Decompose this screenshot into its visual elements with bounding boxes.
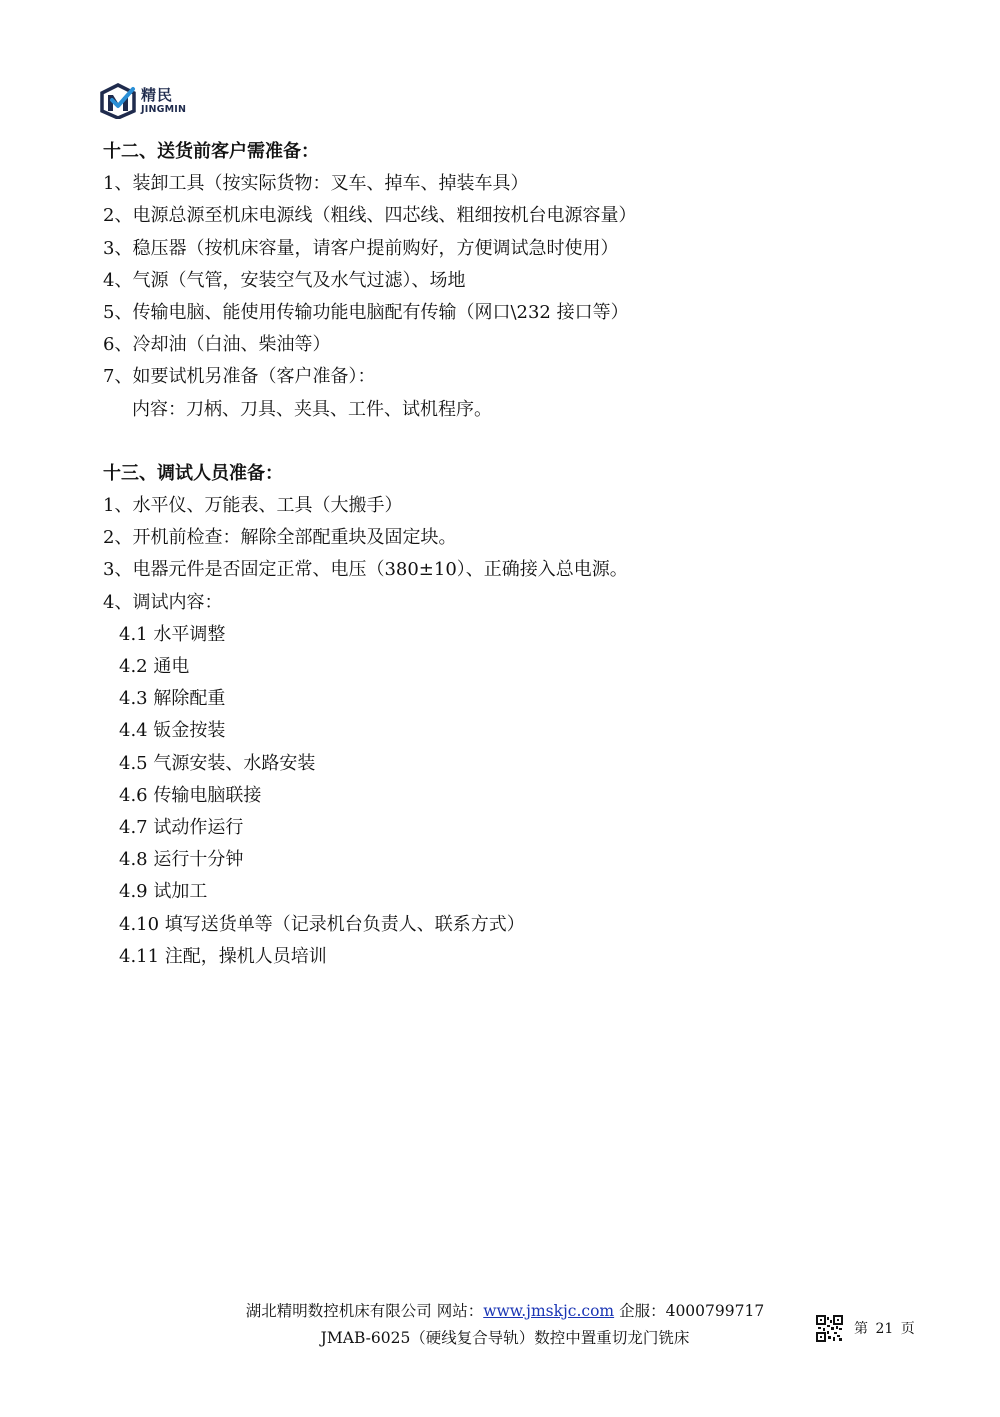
sub-list-item: 4.2 通电 xyxy=(103,651,903,683)
list-item: 5、传输电脑、能使用传输功能电脑配有传输（网口\232 接口等） xyxy=(103,297,903,329)
product-name: JMAB-6025（硬线复合导轨）数控中置重切龙门铣床 xyxy=(0,1325,1000,1352)
list-item: 4、气源（气管，安装空气及水气过滤）、场地 xyxy=(103,265,903,297)
list-item: 3、电器元件是否固定正常、电压（380±10）、正确接入总电源。 xyxy=(103,554,903,586)
sub-list-item: 4.7 试动作运行 xyxy=(103,812,903,844)
list-item: 6、冷却油（白油、柴油等） xyxy=(103,329,903,361)
website-label: 网站： xyxy=(437,1302,484,1320)
list-item: 1、水平仪、万能表、工具（大搬手） xyxy=(103,490,903,522)
logo-english-name: JINGMIN xyxy=(141,105,186,115)
company-logo: 精民 JINGMIN xyxy=(98,82,208,120)
trial-content-note: 内容：刀柄、刀具、夹具、工件、试机程序。 xyxy=(103,394,903,426)
qr-code-icon xyxy=(816,1315,843,1342)
list-item: 2、电源总源至机床电源线（粗线、四芯线、粗细按机台电源容量） xyxy=(103,200,903,232)
page-number: 第 21 页 xyxy=(854,1318,915,1338)
section-13-title: 十三、调试人员准备： xyxy=(103,458,903,490)
sub-list-item: 4.4 钣金按装 xyxy=(103,715,903,747)
sub-list-item: 4.10 填写送货单等（记录机台负责人、联系方式） xyxy=(103,909,903,941)
sub-list-item: 4.9 试加工 xyxy=(103,876,903,908)
list-item: 7、如要试机另准备（客户准备）： xyxy=(103,361,903,393)
list-item: 1、装卸工具（按实际货物：叉车、掉车、掉装车具） xyxy=(103,168,903,200)
sub-list-item: 4.11 注配，操机人员培训 xyxy=(103,941,903,973)
sub-list-item: 4.1 水平调整 xyxy=(103,619,903,651)
company-name: 湖北精明数控机床有限公司 xyxy=(246,1302,432,1320)
website-link[interactable]: www.jmskjc.com xyxy=(483,1302,614,1320)
sub-list-item: 4.8 运行十分钟 xyxy=(103,844,903,876)
list-item: 4、调试内容： xyxy=(103,587,903,619)
section-12-title: 十二、送货前客户需准备： xyxy=(103,136,903,168)
list-item: 3、稳压器（按机床容量，请客户提前购好，方便调试急时使用） xyxy=(103,233,903,265)
section-spacer xyxy=(103,426,903,458)
sub-list-item: 4.5 气源安装、水路安装 xyxy=(103,748,903,780)
footer-company-line: 湖北精明数控机床有限公司 网站：www.jmskjc.com 企服：400079… xyxy=(0,1298,1000,1325)
sub-list-item: 4.3 解除配重 xyxy=(103,683,903,715)
page-footer: 湖北精明数控机床有限公司 网站：www.jmskjc.com 企服：400079… xyxy=(0,1298,1000,1352)
service-label: 企服： xyxy=(619,1302,666,1320)
logo-chinese-name: 精民 xyxy=(141,88,186,103)
sub-list-item: 4.6 传输电脑联接 xyxy=(103,780,903,812)
document-body: 十二、送货前客户需准备： 1、装卸工具（按实际货物：叉车、掉车、掉装车具） 2、… xyxy=(103,136,903,973)
service-phone: 4000799717 xyxy=(666,1302,765,1320)
jingmin-logo-icon xyxy=(98,83,138,119)
list-item: 2、开机前检查：解除全部配重块及固定块。 xyxy=(103,522,903,554)
